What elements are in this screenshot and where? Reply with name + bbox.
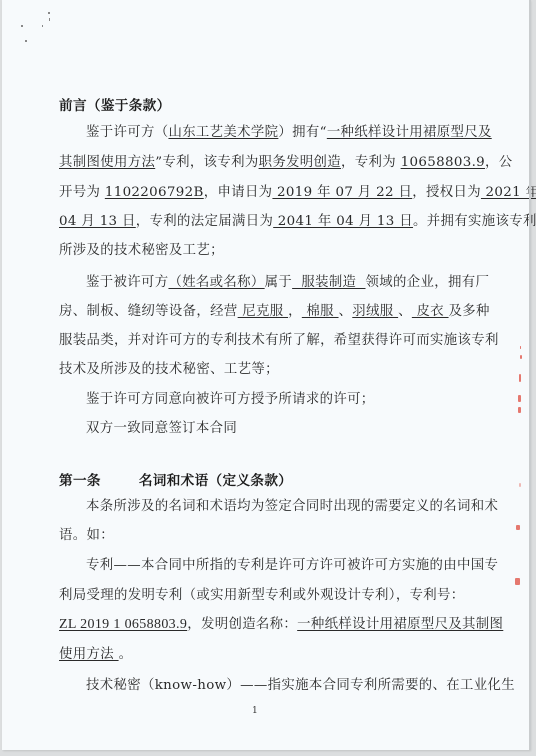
preamble-heading: 前言（鉴于条款） — [59, 97, 469, 115]
text: 、 — [398, 304, 412, 319]
scan-edge — [529, 0, 531, 750]
product-2: 棉服 — [302, 304, 339, 319]
text: 。并拥有实施该专利 — [413, 214, 536, 229]
preamble-p2-line4: 技术及所涉及的技术秘密、工艺等； — [59, 361, 469, 379]
preamble-p1-line4: 04 月 13 日，专利的法定届满日为 2041 年 04 月 13 日。并拥有… — [59, 213, 469, 231]
article1-p1-line2: 语。如： — [59, 527, 469, 545]
preamble-p3: 鉴于许可方同意向被许可方授予所请求的许可； — [86, 391, 496, 409]
preamble-p2-line3: 服装品类，并对许可方的专利技术有所了解，希望获得许可而实施该专利 — [59, 332, 469, 350]
text: ”专利，该专利为 — [155, 155, 258, 170]
preamble-p1-line5: 所涉及的技术秘密及工艺； — [59, 242, 469, 260]
patent-title-cont: 其制图使用方法 — [59, 155, 155, 170]
publication-number: 1102206792B — [105, 185, 204, 200]
text: ，发明创造名称： — [187, 617, 297, 632]
patent-number: 10658803.9 — [401, 155, 485, 170]
scan-speck — [42, 25, 43, 27]
article1-p2-line4: 使用方法 。 — [59, 646, 469, 664]
document-page: 前言（鉴于条款） 鉴于许可方（山东工艺美术学院）拥有“一种纸样设计用裙原型尺及 … — [2, 0, 530, 750]
text: ，申请日为 — [204, 185, 273, 200]
text: ， — [288, 304, 302, 319]
patent-title: 一种纸样设计用裙原型尺及 — [327, 125, 492, 140]
text: 房、制板、缝纫等设备，经营 — [59, 304, 238, 319]
scan-speck — [49, 18, 50, 21]
text: 及多种 — [449, 304, 490, 319]
text: ，专利为 — [341, 155, 401, 170]
text: 、 — [339, 304, 353, 319]
licensee-name: （姓名或名称） — [168, 275, 264, 290]
article1-p2-line1: 专利——本合同中所指的专利是许可方许可被许可方实施的由中国专 — [86, 557, 496, 575]
text: 鉴于被许可方 — [86, 275, 168, 290]
preamble-p2-line2: 房、制板、缝纫等设备，经营 尼克服 ， 棉服 、羽绒服 、 皮衣 及多种 — [59, 303, 469, 321]
seal-fragment — [519, 483, 521, 487]
invention-type: 职务发明创造 — [259, 155, 341, 170]
product-4: 皮衣 — [412, 304, 449, 319]
article1-p3-line1: 技术秘密（know-how）——指实施本合同专利所需要的、在工业化生 — [86, 677, 496, 695]
grant-date: 2021 年 — [481, 185, 536, 200]
seal-fragment — [518, 407, 521, 413]
invention-name-cont: 使用方法 — [59, 647, 119, 662]
text: 属于 — [265, 275, 292, 290]
article1-p2-line2: 利局受理的发明专利（或实用新型专利或外观设计专利），专利号： — [59, 587, 469, 605]
article1-p1-line1: 本条所涉及的名词和术语均为签定合同时出现的需要定义的名词和术 — [86, 498, 496, 516]
page-number: 1 — [252, 706, 258, 716]
text: ，授权日为 — [412, 185, 481, 200]
patent-number-zl: ZL 2019 1 0658803.9 — [59, 617, 187, 632]
scan-speck — [21, 25, 23, 27]
seal-fragment — [516, 525, 520, 530]
product-3: 羽绒服 — [352, 304, 398, 319]
expiry-date: 2041 年 04 月 13 日 — [273, 214, 413, 229]
text: ）拥有“ — [278, 125, 326, 140]
text: ，公 — [485, 155, 512, 170]
text: ，专利的法定届满日为 — [136, 214, 273, 229]
grant-date-cont: 04 月 13 日 — [59, 214, 136, 229]
seal-fragment — [515, 578, 520, 585]
preamble-p1-line1: 鉴于许可方（山东工艺美术学院）拥有“一种纸样设计用裙原型尺及 — [86, 124, 496, 142]
text: 。 — [119, 647, 133, 662]
scan-speck — [25, 40, 27, 42]
seal-fragment — [518, 395, 521, 402]
text: 鉴于许可方（ — [86, 125, 168, 140]
licensor-name: 山东工艺美术学院 — [168, 125, 278, 140]
preamble-p2-line1: 鉴于被许可方（姓名或名称）属于 服装制造 领域的企业，拥有厂 — [86, 274, 496, 292]
text: 领域的企业，拥有厂 — [366, 275, 490, 290]
text: 开号为 — [59, 185, 105, 200]
preamble-p1-line3: 开号为 1102206792B，申请日为 2019 年 07 月 22 日，授权… — [59, 184, 469, 202]
article-number: 第一条 — [59, 473, 101, 489]
seal-fragment — [520, 355, 522, 359]
article1-p2-line3: ZL 2019 1 0658803.9，发明创造名称：一种纸样设计用裙原型尺及其… — [59, 616, 469, 634]
article1-heading: 第一条名词和术语（定义条款） — [59, 472, 469, 490]
article-title: 名词和术语（定义条款） — [139, 473, 292, 489]
seal-fragment — [519, 374, 521, 382]
seal-fragment — [520, 346, 521, 349]
preamble-p4: 双方一致同意签订本合同 — [86, 420, 496, 438]
invention-name: 一种纸样设计用裙原型尺及其制图 — [297, 617, 503, 632]
preamble-p1-line2: 其制图使用方法”专利，该专利为职务发明创造，专利为 10658803.9，公 — [59, 154, 469, 172]
scan-speck — [48, 12, 50, 14]
application-date: 2019 年 07 月 22 日 — [272, 185, 412, 200]
product-1: 尼克服 — [238, 304, 288, 319]
business-field: 服装制造 — [292, 275, 365, 290]
